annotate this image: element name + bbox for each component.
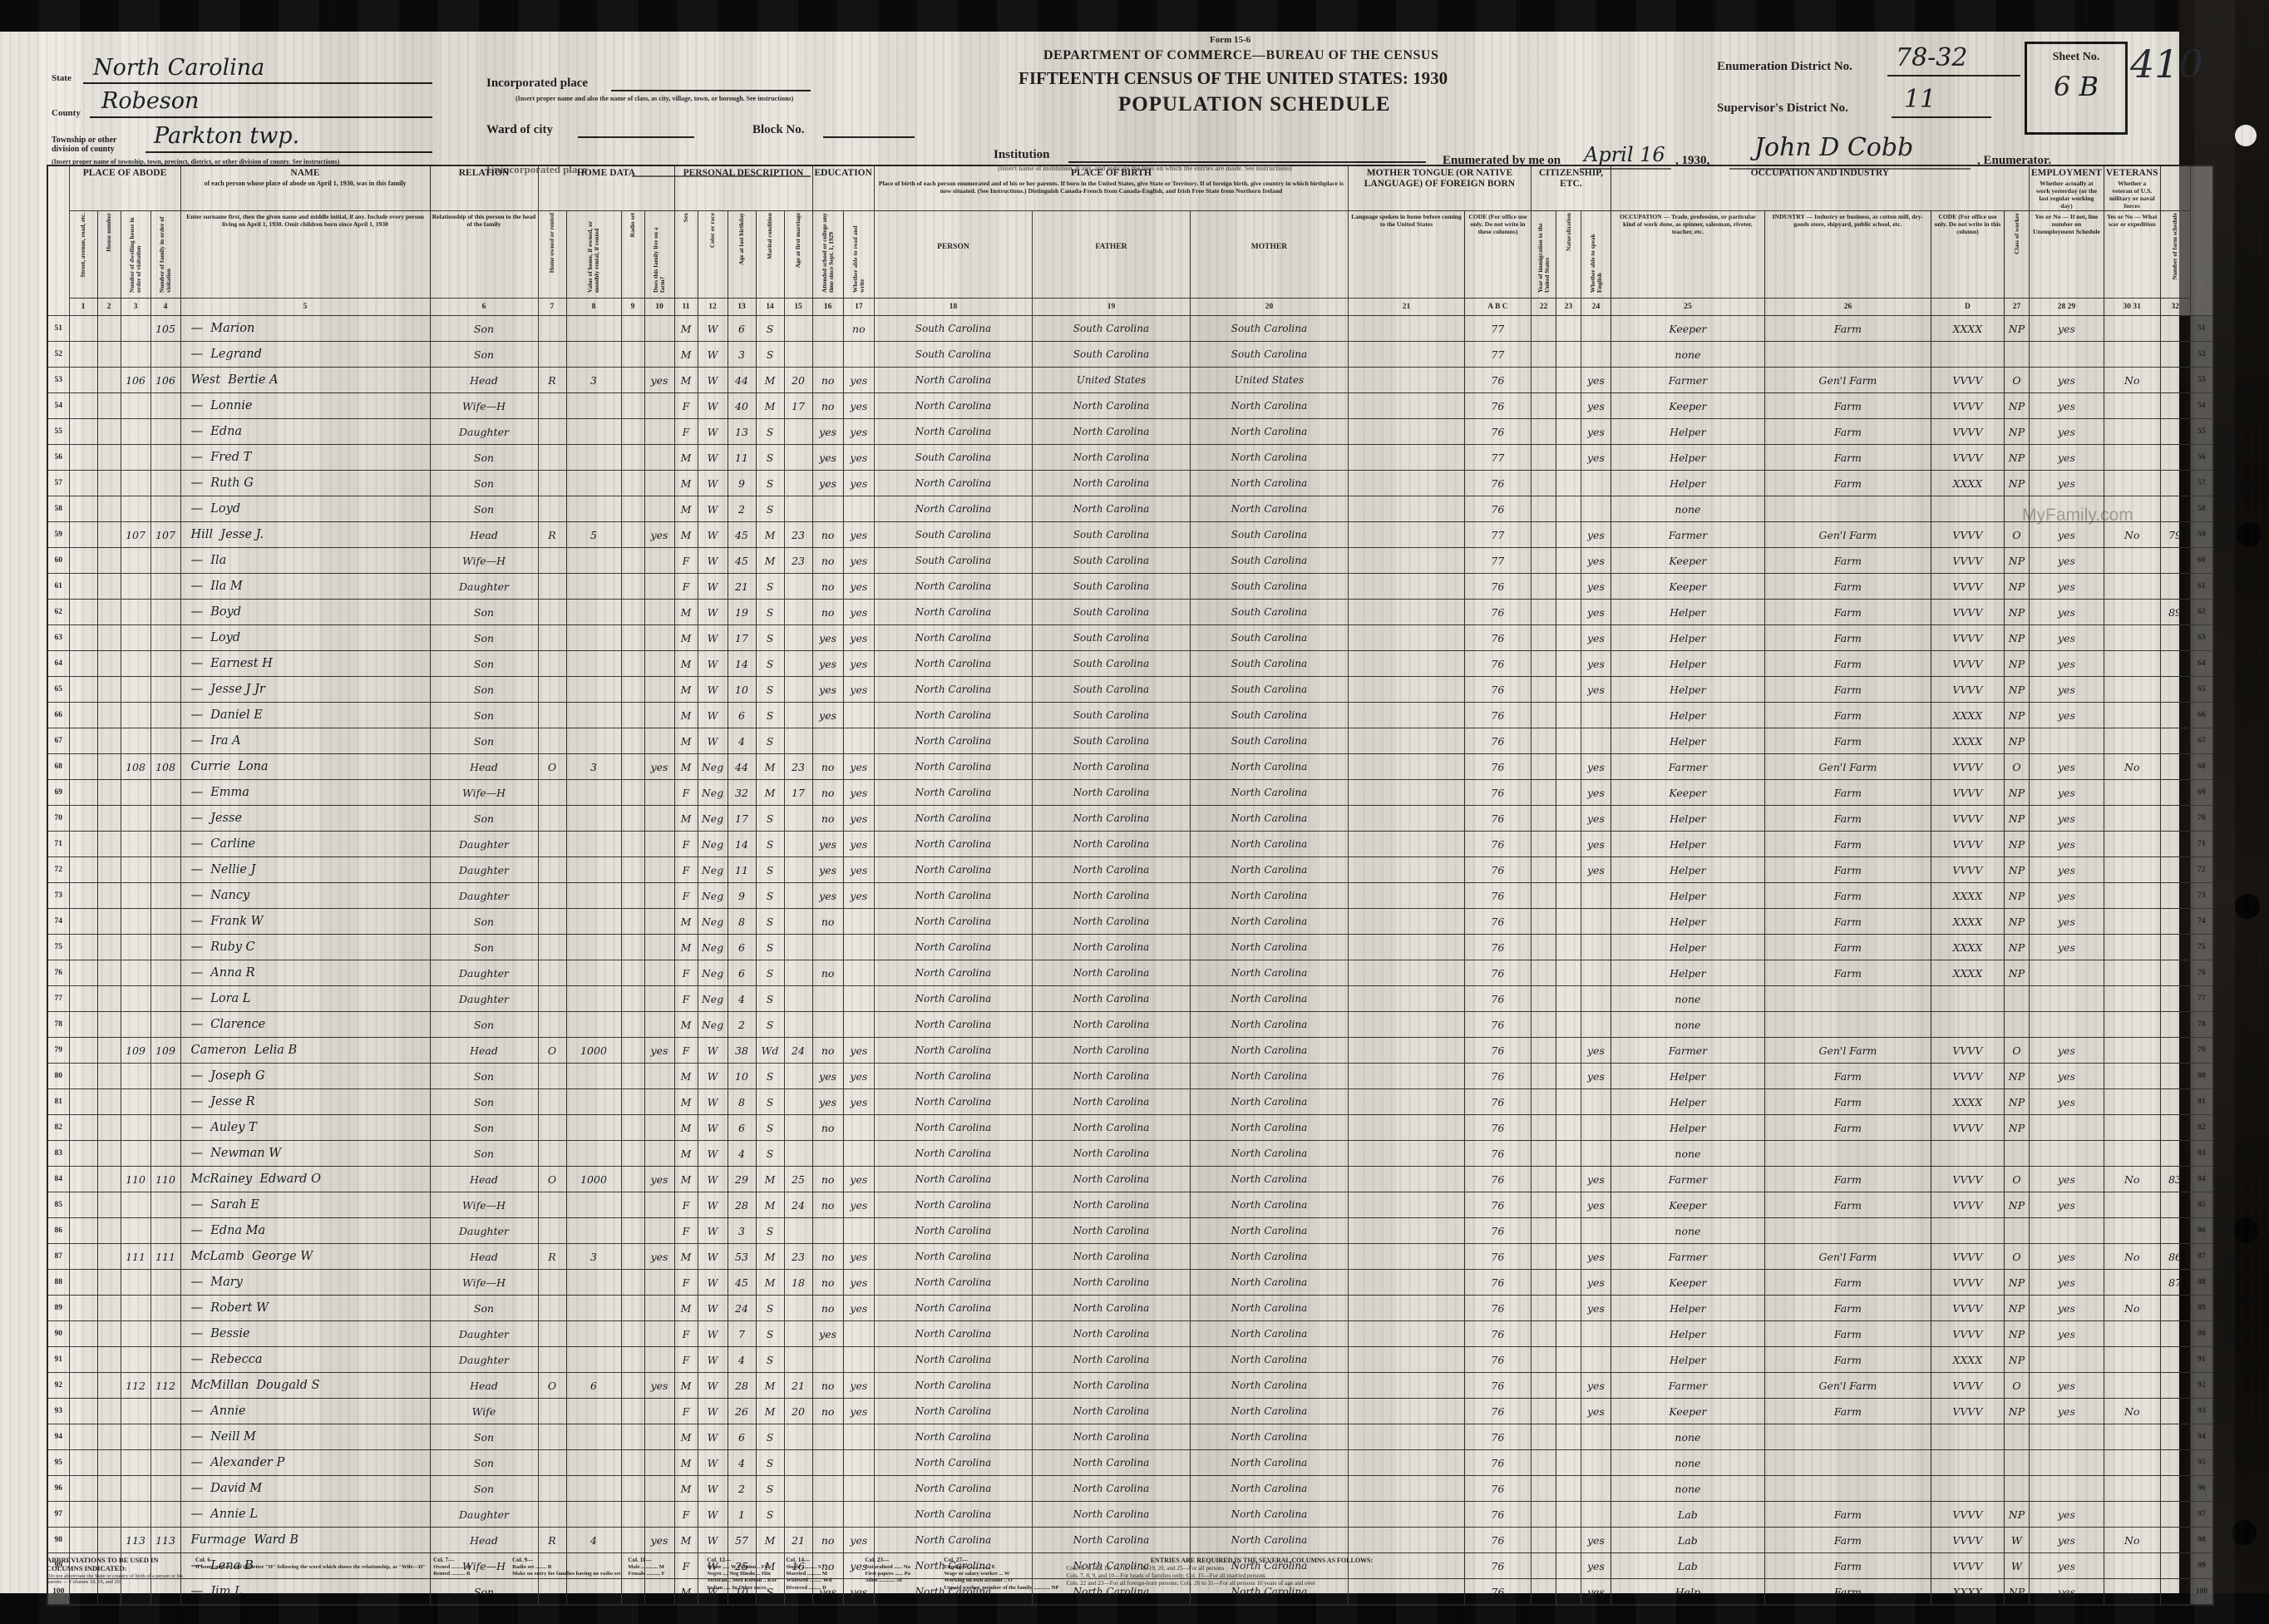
cell-sex: F [674, 1270, 698, 1296]
cell-cls: NP [2004, 574, 2029, 600]
cell-bf: North Carolina [1032, 935, 1190, 960]
cell-sex: M [674, 703, 698, 728]
cell-eng: yes [1581, 832, 1610, 857]
cell-race: Neg [698, 832, 728, 857]
cell-ocode [1931, 986, 2004, 1012]
cell-emp: yes [2029, 522, 2104, 548]
cell-occ: Keeper [1610, 1399, 1764, 1424]
cell-agm [784, 1115, 812, 1141]
cell-farm [644, 1115, 674, 1141]
cell-name: — Annie [180, 1399, 430, 1424]
cell-cls: NP [2004, 625, 2029, 651]
film-top-band [0, 0, 2269, 32]
cell-name: — Jesse R [180, 1089, 430, 1115]
cell-sex: F [674, 780, 698, 806]
cell-ocode: VVVV [1931, 393, 2004, 419]
cell-bm: North Carolina [1190, 1424, 1348, 1450]
cell-dw [121, 393, 150, 419]
cell-race: W [698, 1476, 728, 1502]
cell-lang [1348, 1373, 1464, 1399]
cell-nat [1556, 393, 1581, 419]
cell-sch: yes [812, 1321, 843, 1347]
cell-street [69, 754, 97, 780]
col-number-fs: 32 [2160, 299, 2190, 316]
cell-bp: North Carolina [874, 754, 1032, 780]
cell-occ: Helper [1610, 1321, 1764, 1347]
cell-fs [2160, 677, 2190, 703]
cell-age: 6 [728, 1115, 756, 1141]
cell-farm [644, 1502, 674, 1528]
cell-farm [644, 832, 674, 857]
cell-rn: 67 [2190, 728, 2213, 754]
cell-sex: M [674, 471, 698, 496]
cell-sch: no [812, 522, 843, 548]
cell-rn: 92 [2190, 1373, 2213, 1399]
cell-house [97, 909, 121, 935]
cell-name: — Clarence [180, 1012, 430, 1038]
cell-dw [121, 1064, 150, 1089]
cell-fam [150, 574, 180, 600]
cell-vet [2104, 960, 2160, 986]
cell-rw: yes [843, 1089, 874, 1115]
cell-imm [1531, 1399, 1556, 1424]
cell-lang [1348, 909, 1464, 935]
state-value: North Carolina [93, 55, 264, 81]
cell-farm [644, 986, 674, 1012]
cell-agm [784, 677, 812, 703]
cell-code: 76 [1464, 393, 1531, 419]
cell-rw [843, 1218, 874, 1244]
cell-house [97, 935, 121, 960]
cell-dw [121, 600, 150, 625]
cell-farm [644, 548, 674, 574]
cell-fam [150, 1321, 180, 1347]
cell-code: 76 [1464, 1450, 1531, 1476]
cell-rel: Daughter [430, 1347, 538, 1373]
cell-ind: Farm [1764, 1115, 1931, 1141]
cell-ln: 53 [47, 368, 69, 393]
cell-age: 21 [728, 574, 756, 600]
cell-bf: North Carolina [1032, 496, 1190, 522]
cell-farm [644, 393, 674, 419]
cell-rn: 100 [2190, 1579, 2213, 1606]
cell-nat [1556, 857, 1581, 883]
cell-sch: yes [812, 471, 843, 496]
cell-bm: North Carolina [1190, 471, 1348, 496]
cell-rel: Daughter [430, 832, 538, 857]
cell-emp [2029, 496, 2104, 522]
cell-rel: Son [430, 625, 538, 651]
cell-sex: M [674, 522, 698, 548]
cell-fs [2160, 1347, 2190, 1373]
table-row: 78— ClarenceSonMNeg2SNorth CarolinaNorth… [47, 1012, 2213, 1038]
group-veterans: VETERANSWhether a veteran of U.S. milita… [2104, 165, 2160, 211]
cell-bp: North Carolina [874, 1296, 1032, 1321]
cell-rel: Son [430, 677, 538, 703]
state-label: State [52, 73, 72, 83]
cell-bf: North Carolina [1032, 832, 1190, 857]
cell-bm: North Carolina [1190, 935, 1348, 960]
cell-ln: 62 [47, 600, 69, 625]
cell-bm: North Carolina [1190, 1244, 1348, 1270]
cell-race: W [698, 625, 728, 651]
table-row: 73— NancyDaughterFNeg9SyesyesNorth Carol… [47, 883, 2213, 909]
cell-val: 4 [566, 1528, 621, 1553]
col-number-name: 5 [180, 299, 430, 316]
cell-sex: F [674, 1192, 698, 1218]
cell-radio [621, 1244, 644, 1270]
cell-bp: North Carolina [874, 780, 1032, 806]
cell-fs [2160, 883, 2190, 909]
cell-imm [1531, 1296, 1556, 1321]
cell-sex: F [674, 1038, 698, 1064]
cell-agm: 23 [784, 754, 812, 780]
cell-code: 76 [1464, 1167, 1531, 1192]
cell-bm: North Carolina [1190, 1012, 1348, 1038]
cell-cls [2004, 986, 2029, 1012]
cell-eng [1581, 471, 1610, 496]
cell-dw [121, 1270, 150, 1296]
cell-own [538, 780, 566, 806]
cell-name: — Mary [180, 1270, 430, 1296]
cell-occ: Helper [1610, 651, 1764, 677]
cell-mar: S [756, 471, 784, 496]
cell-fs [2160, 780, 2190, 806]
cell-bp: South Carolina [874, 445, 1032, 471]
cell-fam [150, 1064, 180, 1089]
cell-vet [2104, 316, 2160, 342]
cell-age: 45 [728, 522, 756, 548]
incorporated-note: (Insert proper name and also the name of… [515, 95, 823, 102]
cell-name: — Nellie J [180, 857, 430, 883]
cell-dw [121, 883, 150, 909]
cell-lang [1348, 1038, 1464, 1064]
cell-ind: Gen'l Farm [1764, 1244, 1931, 1270]
table-row: 91— RebeccaDaughterFW4SNorth CarolinaNor… [47, 1347, 2213, 1373]
cell-eng: yes [1581, 1296, 1610, 1321]
cell-rel: Wife [430, 1399, 538, 1424]
cell-bp: North Carolina [874, 1399, 1032, 1424]
cell-rel: Wife—H [430, 1192, 538, 1218]
cell-agm [784, 832, 812, 857]
cell-bp: North Carolina [874, 1192, 1032, 1218]
cell-ln: 66 [47, 703, 69, 728]
cell-cls: W [2004, 1528, 2029, 1553]
cell-code: 76 [1464, 1347, 1531, 1373]
cell-radio [621, 780, 644, 806]
cell-rn: 64 [2190, 651, 2213, 677]
cell-fs [2160, 1012, 2190, 1038]
cell-bm: South Carolina [1190, 651, 1348, 677]
cell-emp: yes [2029, 1192, 2104, 1218]
cell-vet [2104, 1089, 2160, 1115]
cell-cls: NP [2004, 316, 2029, 342]
col-number-bf: 19 [1032, 299, 1190, 316]
cell-sex: F [674, 1347, 698, 1373]
cell-agm: 17 [784, 393, 812, 419]
cell-sex: M [674, 1064, 698, 1089]
cell-age: 6 [728, 1424, 756, 1450]
township-rule [146, 151, 432, 153]
cell-ind: Farm [1764, 600, 1931, 625]
cell-race: Neg [698, 935, 728, 960]
cell-vet: No [2104, 522, 2160, 548]
cell-val [566, 909, 621, 935]
cell-occ: Helper [1610, 806, 1764, 832]
cell-sch: no [812, 1115, 843, 1141]
cell-fam [150, 1012, 180, 1038]
cell-name: McRainey Edward O [180, 1167, 430, 1192]
cell-agm [784, 445, 812, 471]
cell-sch: no [812, 780, 843, 806]
cell-rw [843, 1347, 874, 1373]
cell-cls: NP [2004, 1192, 2029, 1218]
cell-own [538, 574, 566, 600]
cell-race: Neg [698, 1012, 728, 1038]
punch-hole [2232, 1520, 2257, 1545]
cell-fs [2160, 986, 2190, 1012]
cell-name: — David M [180, 1476, 430, 1502]
cell-house [97, 1038, 121, 1064]
cell-name: — Neill M [180, 1424, 430, 1450]
cell-sch [812, 496, 843, 522]
cell-farm: yes [644, 1244, 674, 1270]
cell-sch: no [812, 1270, 843, 1296]
cell-dw: 110 [121, 1167, 150, 1192]
cell-rn: 96 [2190, 1476, 2213, 1502]
cell-fam [150, 1450, 180, 1476]
cell-house [97, 496, 121, 522]
cell-radio [621, 883, 644, 909]
cell-name: — Alexander P [180, 1450, 430, 1476]
cell-emp [2029, 1115, 2104, 1141]
cell-ind: Farm [1764, 1167, 1931, 1192]
cell-house [97, 857, 121, 883]
col-number-bm: 20 [1190, 299, 1348, 316]
cell-ind: Farm [1764, 445, 1931, 471]
cell-bm: North Carolina [1190, 883, 1348, 909]
cell-cls [2004, 1476, 2029, 1502]
cell-occ: Keeper [1610, 780, 1764, 806]
cell-race: W [698, 1424, 728, 1450]
cell-code: 77 [1464, 316, 1531, 342]
cell-mar: S [756, 1115, 784, 1141]
cell-code: 76 [1464, 1244, 1531, 1270]
cell-race: W [698, 728, 728, 754]
cell-house [97, 1373, 121, 1399]
cell-bp: North Carolina [874, 883, 1032, 909]
ward-rule [578, 136, 694, 138]
cell-sch: no [812, 1399, 843, 1424]
cell-nat [1556, 651, 1581, 677]
cell-eng [1581, 1012, 1610, 1038]
cell-agm [784, 342, 812, 368]
cell-emp [2029, 1476, 2104, 1502]
cell-agm: 23 [784, 522, 812, 548]
cell-farm [644, 1450, 674, 1476]
cell-rel: Son [430, 1089, 538, 1115]
cell-cls [2004, 1450, 2029, 1476]
cell-fam [150, 1296, 180, 1321]
cell-nat [1556, 625, 1581, 651]
cell-radio [621, 368, 644, 393]
cell-imm [1531, 1476, 1556, 1502]
cell-val [566, 1321, 621, 1347]
cell-dw [121, 625, 150, 651]
cell-own [538, 857, 566, 883]
cell-bf: North Carolina [1032, 1244, 1190, 1270]
cell-rw: yes [843, 857, 874, 883]
cell-sex: M [674, 1244, 698, 1270]
col-header-street: Street, avenue, road, etc. [69, 211, 97, 299]
cell-ocode: XXXX [1931, 316, 2004, 342]
cell-nat [1556, 1373, 1581, 1399]
group-name: NAMEof each person whose place of abode … [180, 165, 430, 211]
cell-sch [812, 1141, 843, 1167]
cell-rn: 88 [2190, 1270, 2213, 1296]
table-row: 59107107Hill Jesse J.HeadR5yesMW45M23noy… [47, 522, 2213, 548]
table-row: 62— BoydSonMW19SnoyesNorth CarolinaSouth… [47, 600, 2213, 625]
cell-lang [1348, 600, 1464, 625]
cell-sex: M [674, 368, 698, 393]
cell-name: — Sarah E [180, 1192, 430, 1218]
cell-rw: yes [843, 651, 874, 677]
cell-mar: S [756, 625, 784, 651]
cell-ln: 51 [47, 316, 69, 342]
cell-fam: 109 [150, 1038, 180, 1064]
cell-fs [2160, 625, 2190, 651]
cell-street [69, 1218, 97, 1244]
cell-fam [150, 1115, 180, 1141]
cell-race: W [698, 1115, 728, 1141]
cell-fam [150, 1192, 180, 1218]
cell-fs [2160, 1115, 2190, 1141]
cell-mar: S [756, 574, 784, 600]
cell-bm: North Carolina [1190, 1528, 1348, 1553]
cell-house [97, 1399, 121, 1424]
cell-rn: 68 [2190, 754, 2213, 780]
cell-sex: M [674, 342, 698, 368]
entries-lines: Cols. 6, 11, 12, 13, 14, 16, 17, 18, 19,… [1066, 1565, 1457, 1587]
table-row: 58— LoydSonMW2SNorth CarolinaNorth Carol… [47, 496, 2213, 522]
cell-age: 32 [728, 780, 756, 806]
cell-imm [1531, 342, 1556, 368]
cell-cls: O [2004, 368, 2029, 393]
cell-rn: 94 [2190, 1424, 2213, 1450]
cell-mar: S [756, 1012, 784, 1038]
cell-val [566, 1141, 621, 1167]
cell-rel: Son [430, 1424, 538, 1450]
table-row: 65— Jesse J JrSonMW10SyesyesNorth Caroli… [47, 677, 2213, 703]
cell-bf: South Carolina [1032, 342, 1190, 368]
cell-ocode: VVVV [1931, 368, 2004, 393]
cell-bm: South Carolina [1190, 703, 1348, 728]
cell-sex: F [674, 574, 698, 600]
cell-val [566, 960, 621, 986]
cell-code: 76 [1464, 1012, 1531, 1038]
col-number-imm: 22 [1531, 299, 1556, 316]
cell-val [566, 600, 621, 625]
cell-emp: yes [2029, 574, 2104, 600]
col-number-house: 2 [97, 299, 121, 316]
cell-rn: 95 [2190, 1450, 2213, 1476]
population-schedule-table: PLACE OF ABODE NAMEof each person whose … [47, 165, 2214, 1606]
cell-age: 17 [728, 625, 756, 651]
cell-occ: Helper [1610, 728, 1764, 754]
col-number-own: 7 [538, 299, 566, 316]
col-number-rel: 6 [430, 299, 538, 316]
cell-emp: yes [2029, 1038, 2104, 1064]
cell-ind: Farm [1764, 909, 1931, 935]
cell-street [69, 625, 97, 651]
group-personal-description: PERSONAL DESCRIPTION [674, 165, 812, 211]
cell-rel: Daughter [430, 883, 538, 909]
cell-sex: M [674, 1115, 698, 1141]
cell-ocode: VVVV [1931, 1321, 2004, 1347]
cell-dw [121, 780, 150, 806]
cell-fs [2160, 368, 2190, 393]
enumerator-name: John D Cobb [1754, 133, 1913, 162]
punch-hole [2235, 125, 2257, 146]
cell-bp: North Carolina [874, 496, 1032, 522]
cell-mar: S [756, 832, 784, 857]
group-occupation-industry: OCCUPATION AND INDUSTRY [1610, 165, 2029, 211]
cell-farm [644, 960, 674, 986]
cell-val: 1000 [566, 1038, 621, 1064]
cell-own [538, 1089, 566, 1115]
cell-fs [2160, 909, 2190, 935]
cell-age: 57 [728, 1528, 756, 1553]
cell-cls: NP [2004, 728, 2029, 754]
cell-cls: NP [2004, 445, 2029, 471]
cell-lang [1348, 1089, 1464, 1115]
cell-nat [1556, 1399, 1581, 1424]
cell-fam [150, 677, 180, 703]
cell-age: 3 [728, 1218, 756, 1244]
cell-age: 38 [728, 1038, 756, 1064]
cell-agm [784, 935, 812, 960]
cell-eng: yes [1581, 522, 1610, 548]
cell-val [566, 1399, 621, 1424]
col-header-agm: Age at first marriage [784, 211, 812, 299]
cell-lang [1348, 574, 1464, 600]
cell-cls: NP [2004, 857, 2029, 883]
cell-ln: 98 [47, 1528, 69, 1553]
cell-val [566, 728, 621, 754]
table-row: 89— Robert WSonMW24SnoyesNorth CarolinaN… [47, 1296, 2213, 1321]
cell-ind: Farm [1764, 393, 1931, 419]
cell-age: 17 [728, 806, 756, 832]
cell-imm [1531, 522, 1556, 548]
cell-street [69, 1321, 97, 1347]
cell-vet: No [2104, 1244, 2160, 1270]
cell-bm: North Carolina [1190, 909, 1348, 935]
cell-sch: yes [812, 419, 843, 445]
cell-agm [784, 806, 812, 832]
cell-nat [1556, 1167, 1581, 1192]
cell-own [538, 445, 566, 471]
cell-rel: Son [430, 1012, 538, 1038]
cell-fam [150, 960, 180, 986]
cell-own [538, 1476, 566, 1502]
cell-rw [843, 1321, 874, 1347]
cell-bp: North Carolina [874, 1141, 1032, 1167]
table-row: 55— EdnaDaughterFW13SyesyesNorth Carolin… [47, 419, 2213, 445]
cell-nat [1556, 368, 1581, 393]
cell-fs [2160, 806, 2190, 832]
cell-street [69, 1347, 97, 1373]
cell-vet [2104, 1347, 2160, 1373]
